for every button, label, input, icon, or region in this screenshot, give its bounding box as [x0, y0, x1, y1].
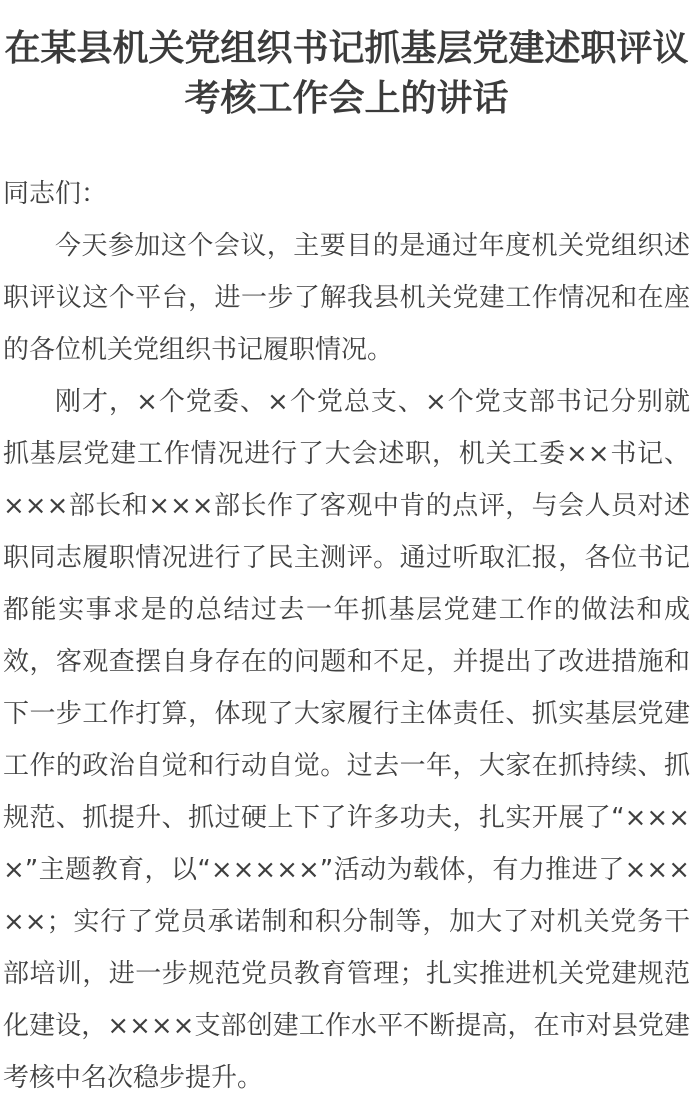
paragraph-1: 今天参加这个会议，主要目的是通过年度机关党组织述职评议这个平台，进一步了解我县机…	[3, 220, 690, 376]
document-page: 在某县机关党组织书记抓基层党建述职评议考核工作会上的讲话 同志们： 今天参加这个…	[0, 0, 693, 1114]
document-title: 在某县机关党组织书记抓基层党建述职评议考核工作会上的讲话	[3, 24, 690, 124]
salutation-line: 同志们：	[3, 168, 690, 220]
paragraph-2: 刚才，×个党委、×个党总支、×个党支部书记分别就抓基层党建工作情况进行了大会述职…	[3, 376, 690, 1104]
